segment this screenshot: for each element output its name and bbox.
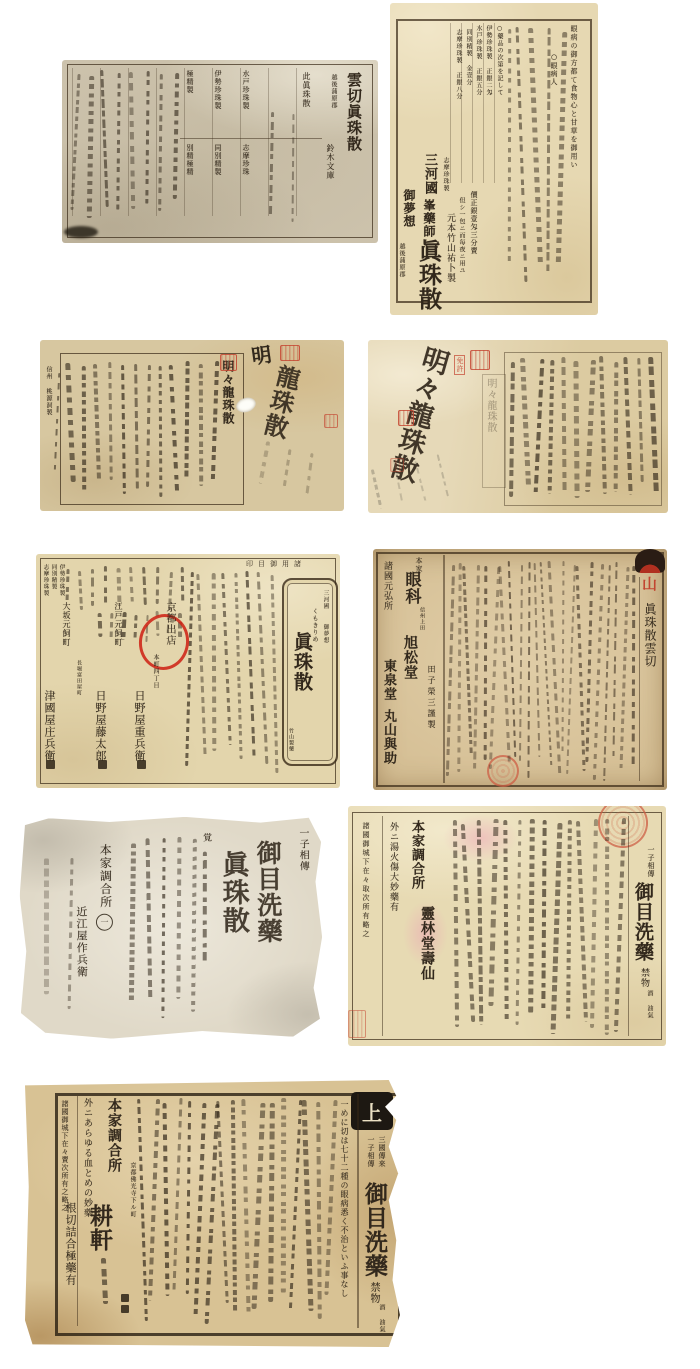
price-label: 志摩珍珠製 正銀八分 — [455, 29, 461, 100]
right-title: 眞珠散雲切 — [644, 603, 656, 668]
kinmotsu-label: 禁物 — [368, 1282, 378, 1304]
grade-label: 水戸珍珠製 — [242, 70, 249, 110]
note-column-rule — [382, 816, 383, 1036]
publisher-label: 鈴木文庫 — [326, 144, 334, 180]
maker-place-label: 越後蒲原郡 — [398, 243, 404, 278]
body-text-columns — [74, 70, 178, 216]
title-part-2: 眞珠散 — [219, 850, 247, 934]
grade-label: 同別精製 — [50, 564, 56, 590]
cartouche-region: 三河國 — [322, 590, 328, 610]
hall-name: 耕軒 — [87, 1204, 110, 1252]
shop-place: 京都出店 — [164, 602, 174, 646]
grade-label: 伊勢珍珠製 — [214, 70, 221, 110]
shop-place: 大坂元飼町 — [62, 602, 70, 647]
first-column-text: 眼病の御方都て食物心と甘草を御用い — [570, 25, 577, 170]
lineage-label: 一子相傳 — [297, 828, 307, 872]
divider-rule — [180, 138, 322, 139]
crest-character: 上 — [362, 1097, 382, 1126]
document-shinjusan-shops: 諸用御目印 伊勢珍珠製 同別精製 志摩珍珠製 京都出店 本町四丁目 日野屋重兵衛… — [36, 554, 340, 788]
red-seal — [348, 1010, 366, 1038]
hall-name: 靈林堂壽仙 — [420, 906, 434, 981]
body-text-columns — [454, 818, 622, 1036]
document-mikawa-shinjusan: 眼病の御方都て食物心と甘草を御用い ○眼病人 ○藥品の次第を記して 伊勢珍珠製 … — [390, 3, 598, 315]
price-line: 價正銀壹匁三分賣 — [470, 191, 477, 255]
grade-label: 志摩珍珠 — [242, 144, 249, 176]
body-text-columns — [141, 1098, 333, 1322]
first-column-text: 一めに切は七十二種の眼病悉く不治といふ事なし — [340, 1100, 348, 1298]
document-onmearai-kyoto: 上 三國傳来 一子相傳 御目洗藥 禁物 酒 油氣 一めに切は七十二種の眼病悉く不… — [25, 1080, 400, 1347]
cartouche-title: 眞珠散 — [292, 632, 311, 692]
scan-collage-page: 雲切眞珠散 越後蒲原郡 鈴木文庫 此眞珠散 水戸珍珠製 伊勢珍珠製 極精製 志摩… — [0, 0, 700, 1369]
crest-character: 山 — [641, 576, 656, 592]
grade-label: 同別精製 — [214, 144, 221, 176]
shop-name: 日野屋藤太郎 — [95, 690, 106, 762]
lineage-label-b: 一子相傳 — [367, 1136, 374, 1168]
black-seal — [121, 1305, 129, 1313]
lineage-label: 一子相傳 — [647, 846, 654, 878]
body-text-columns — [270, 112, 294, 222]
body-text-columns — [510, 356, 656, 500]
note-text: ○眼病人 — [550, 53, 557, 86]
memo-text-column — [200, 851, 207, 971]
title-part-1: 御目洗藥 — [255, 840, 281, 944]
hall-name-strokes — [93, 1254, 107, 1306]
shop-name: 日野屋重兵衛 — [134, 690, 145, 762]
extra-remedy-note: 外ニ湯火傷大妙藥有 — [388, 822, 397, 912]
cursive-strokes — [43, 854, 73, 1010]
subtitle-label: 志摩珍珠製 — [442, 157, 448, 192]
price-label: 伊勢珍珠製 正銀二匁 — [485, 25, 491, 96]
kinmotsu-items: 酒 油氣 — [378, 1304, 384, 1333]
grade-label: 伊勢珍珠製 — [58, 564, 64, 597]
shop-street: 本町四丁目 — [152, 654, 158, 689]
mark-character: 一 — [100, 917, 108, 928]
red-seal — [280, 345, 300, 361]
document-onmearai-reirindo: 一子相傳 御目洗藥 禁物 酒 油氣 本家調合所 靈林堂壽仙 外ニ湯火傷大妙藥有 … — [348, 806, 666, 1046]
extra-remedy-note-1: 外ニあらゆる血とめの妙藥 — [82, 1098, 91, 1218]
grade-label: 極精製 — [186, 70, 193, 94]
extra-remedy-note-2: 根切詰合極藥有 — [65, 1202, 76, 1286]
distribution-note: 諸國御城下在々賣次所有之略之 — [61, 1100, 68, 1212]
red-seal — [220, 354, 237, 371]
red-seal — [470, 350, 490, 370]
section-rule — [443, 555, 445, 783]
cartouche-vision: 御夢想 — [322, 624, 328, 644]
black-stamp — [98, 760, 107, 769]
region-label: 三河國 — [423, 153, 436, 195]
shop-name-2: 東泉堂 — [382, 659, 395, 701]
red-seal — [398, 410, 414, 426]
office-label: 本家調合所 — [99, 844, 112, 909]
office-label: 本家調合所 — [107, 1098, 121, 1173]
body-text-columns — [68, 360, 216, 494]
handwritten-title: 龍珠散 — [259, 362, 300, 441]
product-title: 御目洗藥 — [362, 1182, 385, 1278]
body-text-columns — [66, 566, 184, 606]
black-stamp — [137, 760, 146, 769]
title-column-rule — [639, 577, 640, 781]
memo-label: 覚 — [201, 833, 210, 843]
note-column-rule — [77, 1096, 78, 1326]
pencil-scribbles — [370, 451, 448, 509]
shop-name: 津國屋庄兵衛 — [44, 690, 55, 762]
address-text-columns — [53, 370, 58, 478]
price-label: 同別精製 金壹分 — [465, 29, 471, 86]
document-meimei-ryujusan: 明々龍珠散 信州 桃源洞製 明 龍珠散 — [40, 340, 344, 511]
owner-name: 丸山與助 — [382, 709, 395, 765]
distribution-note: 諸國御城下在々取次所有略之 — [362, 822, 369, 939]
lead-text: 此眞珠散 — [302, 72, 310, 108]
lineage-label-a: 三國傳来 — [378, 1136, 385, 1168]
kinmotsu-label: 禁物 — [639, 968, 648, 988]
product-title: 雲切眞珠散 — [346, 72, 361, 152]
distributor-heading: 諸國元弘所 — [382, 561, 391, 611]
ink-smudge — [64, 226, 98, 238]
document-kumokiri-shinjusan: 雲切眞珠散 越後蒲原郡 鈴木文庫 此眞珠散 水戸珍珠製 伊勢珍珠製 極精製 志摩… — [62, 60, 378, 243]
grade-label: 別精極精 — [186, 144, 193, 176]
black-stamp — [46, 760, 55, 769]
section-big-label: 眼科 — [404, 571, 420, 605]
document-onmearai-manuscript: 一子相傳 御目洗藥 眞珠散 覚 本家調合所 一 近江屋作兵衛 — [19, 815, 323, 1039]
cartouche-maker: 竹山製藥 — [288, 728, 293, 752]
seller-name: 近江屋作兵衛 — [76, 906, 88, 978]
handwritten-character: 明 — [249, 344, 272, 368]
shop-street: 長堀富田屋町 — [76, 660, 81, 696]
black-seal — [121, 1294, 129, 1302]
title-cartouche: 三河國 御夢想 くもきりめ 眞珠散 竹山製藥 — [282, 578, 338, 766]
license-seal-text: 免許 — [454, 355, 465, 375]
body-text-columns — [449, 561, 635, 781]
document-ganka-shinjusan: 山 眞珠散雲切 本家 眼科 信州上田 旭松堂 諸國元弘所 東泉堂 丸山與助 田子… — [373, 549, 667, 790]
shop-place: 江戸元飼町 — [114, 602, 122, 647]
faint-printed-title: 明々龍珠散 — [485, 378, 495, 433]
place-label: 越後蒲原郡 — [330, 74, 336, 109]
price-label: 水戸珍珠製 正銀五分 — [475, 25, 481, 96]
title-column-rule — [628, 816, 629, 1036]
body-text-columns — [129, 837, 197, 1020]
top-label: 諸用御目印 — [246, 561, 306, 568]
red-seal — [324, 414, 338, 428]
vision-label: 御夢想 — [403, 189, 415, 228]
body-text-columns — [188, 570, 276, 770]
address-label: 信州 桃源洞製 — [45, 366, 51, 416]
publisher-crest — [635, 549, 665, 573]
product-title: 眞珠散 — [416, 239, 439, 311]
maker-label: 元本竹山祐卜製 — [445, 213, 454, 283]
shop-name-1: 旭松堂 — [403, 635, 417, 680]
document-meimei-ryujusan-hand: 明々龍珠散 明々龍珠散 免許 — [368, 340, 668, 513]
usage-note: 但シ一包ニ而毎夜ニ用ユ — [458, 197, 464, 274]
kinmotsu-items: 酒 油氣 — [646, 990, 652, 1019]
cursive-strokes — [259, 440, 316, 492]
product-title: 御目洗藥 — [633, 882, 652, 962]
office-label: 本家調合所 — [410, 820, 423, 890]
grade-label: 志摩珍珠製 — [42, 564, 48, 597]
temple-label: 峯藥師 — [423, 199, 435, 238]
address-label: 京都佛光寺下ル町 — [129, 1162, 135, 1218]
maker-note: 田子榮三謹製 — [427, 665, 435, 731]
title-column-rule — [357, 1094, 359, 1328]
place-note: 信州上田 — [419, 607, 424, 631]
circle-one-mark: 一 — [96, 914, 113, 931]
